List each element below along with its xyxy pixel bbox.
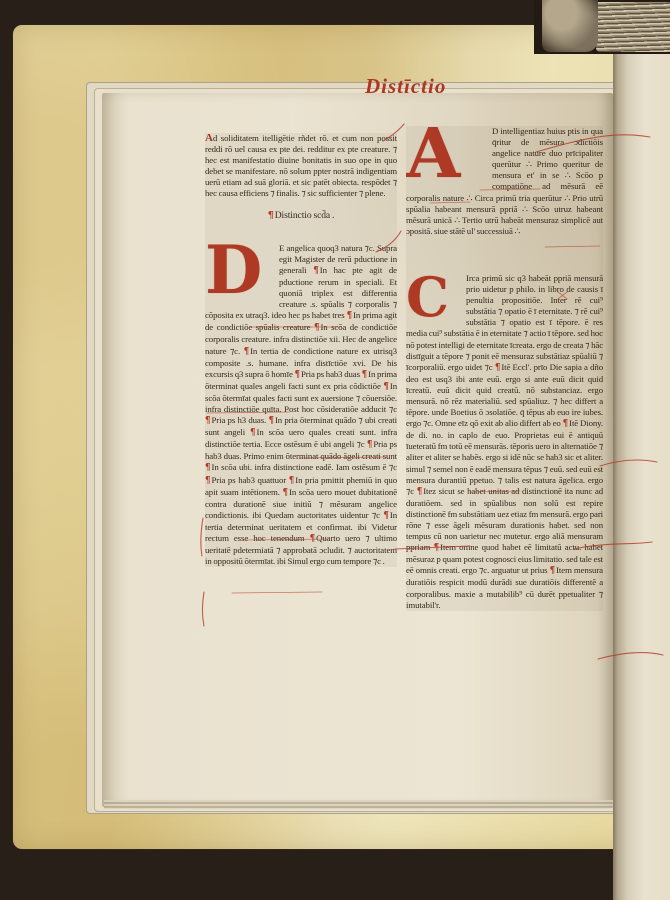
pilcrow-mark: ¶	[268, 210, 275, 221]
drop-cap-d: D	[205, 244, 275, 300]
incunabulum-book-photo: Distīctio Ad soliditatem itelligētie rñd…	[0, 0, 670, 900]
pilcrow-mark: ¶	[244, 347, 251, 357]
text-column-right: AD intelligentiaz huius ptis in qua q̄ri…	[406, 126, 603, 611]
text-column-left: Ad soliditatem itelligētie rñdet rō. et …	[205, 133, 397, 567]
pilcrow-mark: ¶	[434, 543, 441, 553]
pilcrow-mark: ¶	[383, 511, 390, 521]
pilcrow-mark: ¶	[289, 476, 296, 486]
pilcrow-mark: ¶	[314, 323, 321, 333]
paragraph-responsio: Ad soliditatem itelligētie rñdet rō. et …	[205, 133, 397, 200]
pilcrow-mark: ¶	[294, 370, 301, 380]
pilcrow-mark: ¶	[362, 370, 369, 380]
drop-cap-c: C	[406, 274, 462, 324]
pilcrow-mark: ¶	[310, 534, 317, 544]
paragraph-divisio-textus: DE angelica quoq3 natura ⁊c. Supra egit …	[205, 243, 397, 568]
pilcrow-mark: ¶	[550, 566, 557, 576]
pilcrow-mark: ¶	[283, 488, 290, 498]
section-heading-distinctio-secunda: ¶Distinctio scd̄a .	[205, 210, 397, 221]
pilcrow-mark: ¶	[417, 487, 424, 497]
pilcrow-mark: ¶	[205, 463, 212, 473]
facing-page-fore-edge	[613, 50, 670, 900]
pilcrow-mark: ¶	[383, 382, 390, 392]
pilcrow-mark: ¶	[268, 416, 275, 426]
pilcrow-mark: ¶	[367, 440, 374, 450]
drop-cap-a: A	[406, 127, 488, 183]
bottom-page-edges	[104, 800, 613, 809]
pilcrow-mark: ¶	[347, 311, 354, 321]
pilcrow-mark: ¶	[563, 419, 570, 429]
pilcrow-mark: ¶	[495, 363, 502, 373]
paragraph-quaestiones: AD intelligentiaz huius ptis in qua q̄ri…	[406, 126, 603, 237]
pilcrow-mark: ¶	[205, 476, 212, 486]
pilcrow-mark: ¶	[250, 428, 257, 438]
rough-page-edge	[542, 0, 598, 52]
running-header: Distīctio	[365, 74, 446, 99]
page-edge-stack	[596, 2, 670, 52]
pilcrow-mark: ¶	[313, 266, 320, 276]
pilcrow-mark: ¶	[205, 416, 212, 426]
paragraph-circa-primum: CIrca primū sic q3 habeāt ppriā mensurā …	[406, 273, 603, 611]
